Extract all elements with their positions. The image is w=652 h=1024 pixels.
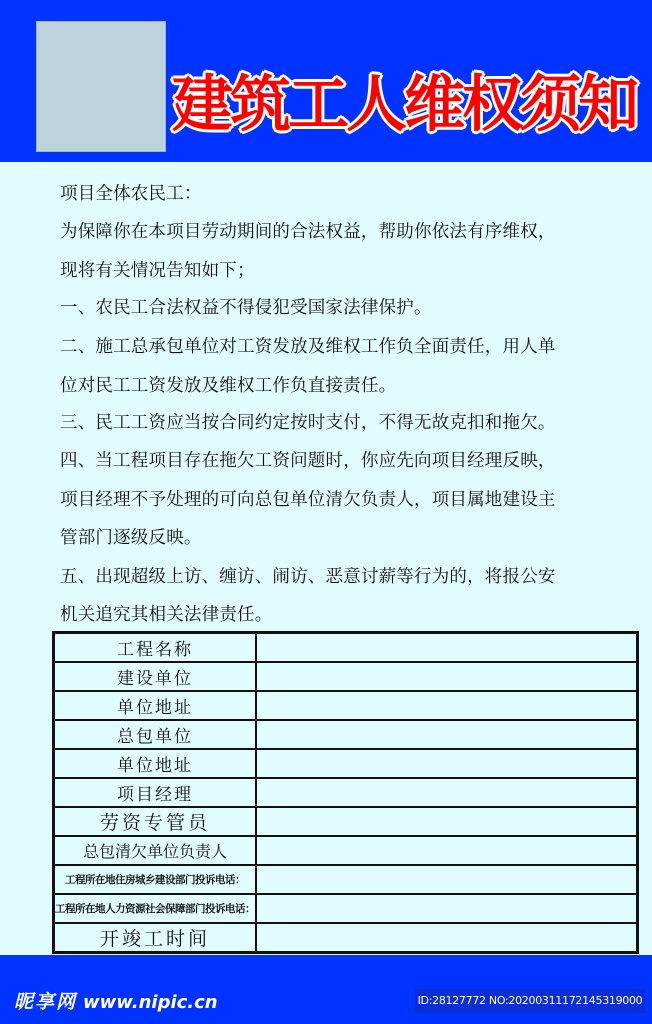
row-value-unit-address[interactable] bbox=[256, 691, 638, 720]
row-label-general-contractor: 总包单位 bbox=[54, 720, 257, 749]
header-banner: 建筑工人维权须知 bbox=[0, 0, 652, 162]
watermark-brand: 昵享网www.nipic.cn bbox=[14, 987, 218, 1014]
table-row: 工程名称 bbox=[54, 633, 638, 663]
row-value-labor-officer[interactable] bbox=[256, 807, 638, 836]
notice-line-11: 机关追究其相关法律责任。 bbox=[60, 601, 272, 626]
row-label-construction-unit: 建设单位 bbox=[54, 662, 257, 691]
row-value-project-manager[interactable] bbox=[256, 778, 638, 807]
row-label-project-manager: 项目经理 bbox=[54, 778, 257, 807]
brand-url: www.nipic.cn bbox=[83, 992, 218, 1013]
salutation: 项目全体农民工： bbox=[60, 180, 202, 205]
table-row: 总包清欠单位负责人 bbox=[54, 836, 638, 865]
row-value-project-name[interactable] bbox=[256, 633, 638, 663]
project-info-table: 工程名称 建设单位 单位地址 总包单位 单位地址 项目经理 劳资专管员 总包清欠… bbox=[52, 631, 639, 954]
row-label-labor-officer: 劳资专管员 bbox=[54, 807, 257, 836]
row-label-contractor-address: 单位地址 bbox=[54, 749, 257, 778]
table-row: 项目经理 bbox=[54, 778, 638, 807]
table-row: 工程所在地人力资源社会保障部门投诉电话： bbox=[54, 894, 638, 923]
row-label-unit-address: 单位地址 bbox=[54, 691, 257, 720]
notice-line-3: 一、农民工合法权益不得侵犯受国家法律保护。 bbox=[60, 294, 432, 319]
row-label-housing-complaint-phone: 工程所在地住房城乡建设部门投诉电话： bbox=[54, 865, 257, 894]
logo-placeholder bbox=[36, 21, 166, 152]
table-row: 总包单位 bbox=[54, 720, 638, 749]
row-value-housing-complaint-phone[interactable] bbox=[256, 865, 638, 894]
row-label-hr-complaint-phone: 工程所在地人力资源社会保障部门投诉电话： bbox=[54, 894, 257, 923]
notice-line-7: 四、当工程项目存在拖欠工资问题时，你应先向项目经理反映， bbox=[60, 447, 556, 472]
image-id-label: ID:28127772 NO:20200311172145319000 bbox=[415, 989, 645, 1013]
row-value-hr-complaint-phone[interactable] bbox=[256, 894, 638, 923]
row-label-project-name: 工程名称 bbox=[54, 633, 257, 663]
notice-line-2: 现将有关情况告知如下； bbox=[60, 257, 255, 282]
row-value-contractor-address[interactable] bbox=[256, 749, 638, 778]
notice-line-8: 项目经理不予处理的可向总包单位清欠负责人，项目属地建设主 bbox=[60, 486, 556, 511]
footer-banner: 昵享网www.nipic.cn ID:28127772 NO:202003111… bbox=[0, 955, 652, 1024]
table-row: 建设单位 bbox=[54, 662, 638, 691]
table-row: 开竣工时间 bbox=[54, 923, 638, 953]
table-row: 劳资专管员 bbox=[54, 807, 638, 836]
brand-name: 昵享网 bbox=[14, 991, 77, 1013]
row-value-general-contractor[interactable] bbox=[256, 720, 638, 749]
notice-line-1: 为保障你在本项目劳动期间的合法权益，帮助你依法有序维权， bbox=[60, 218, 556, 243]
page-title: 建筑工人维权须知 bbox=[172, 60, 646, 150]
row-label-construction-period: 开竣工时间 bbox=[54, 923, 257, 953]
row-value-arrears-officer[interactable] bbox=[256, 836, 638, 865]
notice-line-4: 二、施工总承包单位对工资发放及维权工作负全面责任，用人单 bbox=[60, 333, 556, 358]
notice-line-6: 三、民工工资应当按合同约定按时支付，不得无故克扣和拖欠。 bbox=[60, 409, 556, 434]
table-row: 单位地址 bbox=[54, 749, 638, 778]
row-value-construction-unit[interactable] bbox=[256, 662, 638, 691]
table-row: 单位地址 bbox=[54, 691, 638, 720]
notice-line-10: 五、出现超级上访、缠访、闹访、恶意讨薪等行为的，将报公安 bbox=[60, 563, 556, 588]
table-row: 工程所在地住房城乡建设部门投诉电话： bbox=[54, 865, 638, 894]
notice-line-5: 位对民工工资发放及维权工作负直接责任。 bbox=[60, 372, 396, 397]
row-label-arrears-officer: 总包清欠单位负责人 bbox=[54, 836, 257, 865]
notice-line-9: 管部门逐级反映。 bbox=[60, 524, 202, 549]
row-value-construction-period[interactable] bbox=[256, 923, 638, 953]
